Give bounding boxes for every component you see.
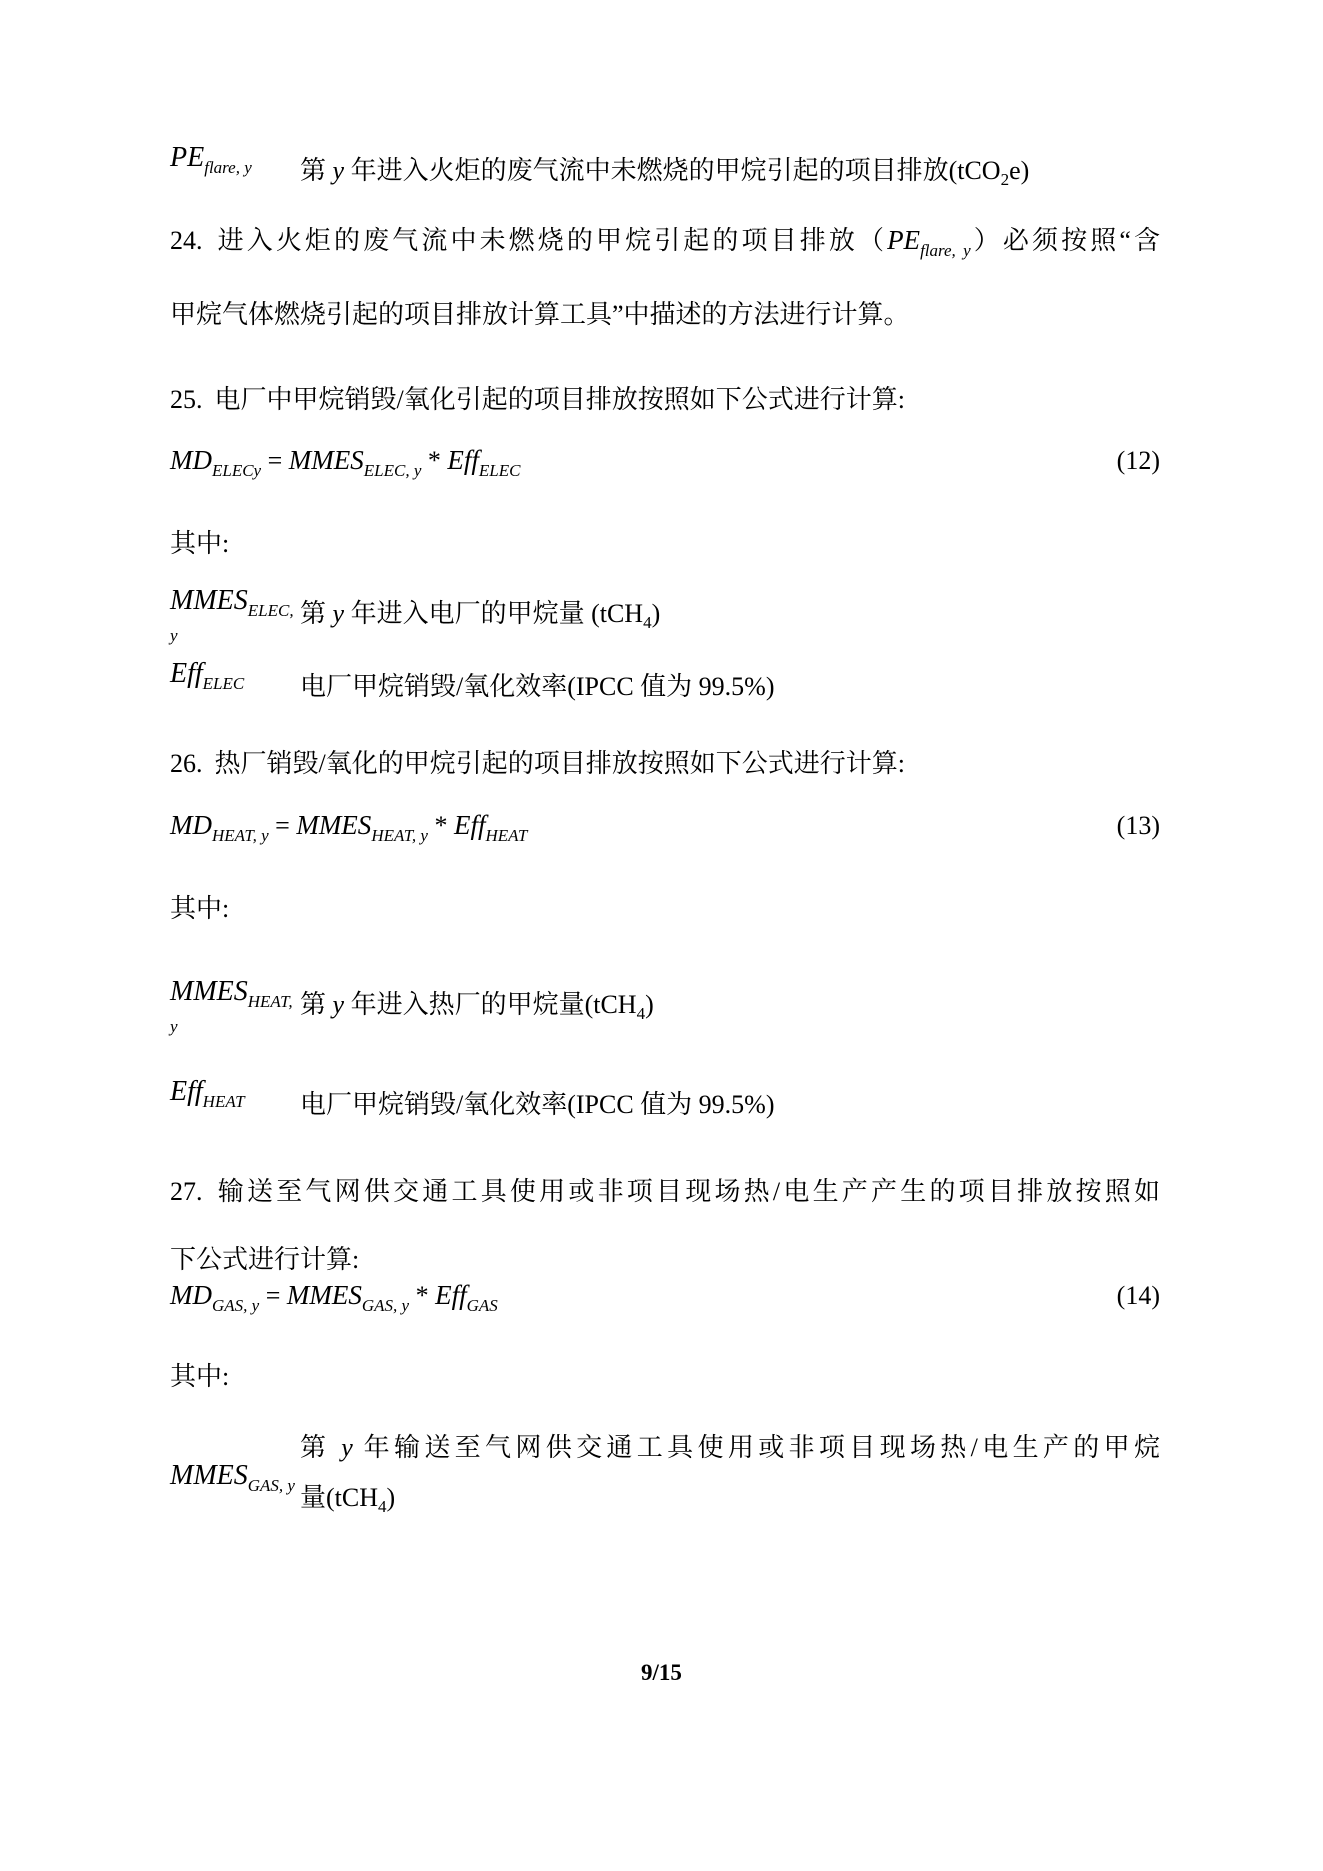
text-segment: MMES xyxy=(296,810,371,840)
text-segment: ELEC xyxy=(203,674,245,693)
definition-mmes-gas-line-1: 第 y 年输送至气网供交通工具使用或非项目现场热/电生产的甲烷 xyxy=(300,1425,1160,1475)
text-segment: 26. xyxy=(170,749,215,778)
definition-mmes-heat: 第 y 年进入热厂的甲烷量(tCH4) xyxy=(300,976,1160,1036)
text-segment: MMES xyxy=(170,1460,248,1491)
text-segment: 27. xyxy=(170,1177,215,1206)
text-segment: = xyxy=(261,446,289,475)
text-segment: 4 xyxy=(643,613,652,632)
text-segment: ) xyxy=(645,990,654,1019)
text-segment: * xyxy=(428,811,454,840)
text-segment: Eff xyxy=(454,810,486,840)
text-segment: 第 xyxy=(300,990,333,1019)
equation-12: MDELECy = MMESELEC, y * EffELEC (12) xyxy=(170,445,1160,481)
term-eff-elec: EffELEC xyxy=(170,658,300,694)
term-row-mmes-heat: MMESHEAT, y 第 y 年进入热厂的甲烷量(tCH4) xyxy=(170,976,1160,1037)
definition-pe-flare: 第 y 年进入火炬的废气流中未燃烧的甲烷引起的项目排放(tCO2e) xyxy=(300,142,1160,202)
text-segment: 输送至气网供交通工具使用或非项目现场热/电生产产生的项目排放按照如 xyxy=(215,1177,1161,1206)
term-row-eff-elec: EffELEC 电厂甲烷销毁/氧化效率(IPCC 值为 99.5%) xyxy=(170,658,1160,713)
text-segment: Eff xyxy=(170,658,203,689)
text-segment: ELEC xyxy=(479,461,521,480)
text-segment: 25. xyxy=(170,385,215,414)
where-label-3: 其中: xyxy=(170,1356,1160,1393)
text-segment: y xyxy=(333,156,345,185)
text-segment: MD xyxy=(170,1280,212,1310)
equation-13: MDHEAT, y = MMESHEAT, y * EffHEAT (13) xyxy=(170,810,1160,846)
equation-14-formula: MDGAS, y = MMESGAS, y * EffGAS xyxy=(170,1280,498,1316)
text-segment: 年进入热厂的甲烷量(tCH xyxy=(344,990,637,1019)
equation-12-formula: MDELECy = MMESELEC, y * EffELEC xyxy=(170,445,520,481)
definition-mmes-gas-line-2: 量(tCH4) xyxy=(300,1475,1160,1530)
text-segment: y xyxy=(341,1433,353,1462)
text-segment: HEAT, y xyxy=(371,826,428,845)
text-segment: y xyxy=(333,990,345,1019)
text-segment: PE xyxy=(887,225,920,255)
text-segment: 4 xyxy=(637,1004,646,1023)
definition-mmes-gas: 第 y 年输送至气网供交通工具使用或非项目现场热/电生产的甲烷 量(tCH4) xyxy=(300,1425,1160,1530)
text-segment: PE xyxy=(170,142,204,173)
term-mmes-elec: MMESELEC, y xyxy=(170,585,300,646)
equation-14: MDGAS, y = MMESGAS, y * EffGAS (14) xyxy=(170,1280,1160,1316)
equation-14-number: (14) xyxy=(1117,1281,1160,1311)
text-segment: GAS, y xyxy=(362,1296,409,1315)
item-24-line-2: 甲烷气体燃烧引起的项目排放计算工具”中描述的方法进行计算。 xyxy=(170,283,1160,351)
text-segment: GAS, y xyxy=(248,1476,295,1495)
text-segment: MD xyxy=(170,445,212,475)
text-segment: flare, y xyxy=(920,241,971,260)
text-segment: 第 xyxy=(300,599,333,628)
term-row-pe-flare: PEflare, y 第 y 年进入火炬的废气流中未燃烧的甲烷引起的项目排放(t… xyxy=(170,142,1160,202)
text-segment: MMES xyxy=(170,976,248,1007)
term-row-mmes-elec: MMESELEC, y 第 y 年进入电厂的甲烷量 (tCH4) xyxy=(170,585,1160,646)
equation-12-number: (12) xyxy=(1117,446,1160,476)
text-segment: Eff xyxy=(170,1076,203,1107)
text-segment: e) xyxy=(1009,156,1029,185)
text-segment: 电厂甲烷销毁/氧化效率(IPCC 值为 99.5%) xyxy=(300,672,775,701)
text-segment: * xyxy=(409,1281,435,1310)
text-segment: 甲烷气体燃烧引起的项目排放计算工具”中描述的方法进行计算。 xyxy=(170,300,910,329)
text-segment: 进入火炬的废气流中未燃烧的甲烷引起的项目排放（ xyxy=(215,226,888,255)
text-segment: HEAT xyxy=(485,826,527,845)
equation-13-formula: MDHEAT, y = MMESHEAT, y * EffHEAT xyxy=(170,810,527,846)
definition-eff-elec: 电厂甲烷销毁/氧化效率(IPCC 值为 99.5%) xyxy=(300,658,1160,713)
text-segment: 热厂销毁/氧化的甲烷引起的项目排放按照如下公式进行计算: xyxy=(215,749,905,778)
text-segment: 电厂中甲烷销毁/氧化引起的项目排放按照如下公式进行计算: xyxy=(215,385,905,414)
text-segment: ) xyxy=(387,1483,396,1512)
text-segment: 2 xyxy=(1001,170,1010,189)
text-segment: HEAT xyxy=(203,1092,245,1111)
text-segment: 量(tCH xyxy=(300,1483,378,1512)
text-segment: flare, y xyxy=(204,158,252,177)
term-eff-heat: EffHEAT xyxy=(170,1076,300,1112)
text-segment: = xyxy=(269,811,297,840)
text-segment: Eff xyxy=(447,445,479,475)
text-segment: 第 xyxy=(300,156,333,185)
term-mmes-heat: MMESHEAT, y xyxy=(170,976,300,1037)
term-mmes-gas: MMESGAS, y xyxy=(170,1460,300,1496)
document-page: PEflare, y 第 y 年进入火炬的废气流中未燃烧的甲烷引起的项目排放(t… xyxy=(0,0,1323,1871)
text-segment: GAS xyxy=(467,1296,498,1315)
text-segment: 年输送至气网供交通工具使用或非项目现场热/电生产的甲烷 xyxy=(353,1433,1160,1462)
text-segment: HEAT, y xyxy=(212,826,269,845)
text-segment: ) xyxy=(652,599,661,628)
definition-eff-heat: 电厂甲烷销毁/氧化效率(IPCC 值为 99.5%) xyxy=(300,1076,1160,1131)
term-pe-flare: PEflare, y xyxy=(170,142,300,178)
where-label-2: 其中: xyxy=(170,888,1160,925)
equation-13-number: (13) xyxy=(1117,811,1160,841)
paragraph-item-26: 26.热厂销毁/氧化的甲烷引起的项目排放按照如下公式进行计算: xyxy=(170,742,1160,790)
text-segment: GAS, y xyxy=(212,1296,259,1315)
text-segment: * xyxy=(421,446,447,475)
text-segment: MMES xyxy=(289,445,364,475)
text-segment: ELEC, y xyxy=(364,461,422,480)
text-segment: 年进入电厂的甲烷量 (tCH xyxy=(344,599,643,628)
paragraph-item-24: 24.进入火炬的废气流中未燃烧的甲烷引起的项目排放（PEflare, y）必须按… xyxy=(170,208,1160,351)
text-segment: = xyxy=(259,1281,287,1310)
where-label-1: 其中: xyxy=(170,523,1160,560)
text-segment: MMES xyxy=(287,1280,362,1310)
term-row-mmes-gas: MMESGAS, y 第 y 年输送至气网供交通工具使用或非项目现场热/电生产的… xyxy=(170,1425,1160,1530)
text-segment: MMES xyxy=(170,585,248,616)
text-segment: 24. xyxy=(170,226,215,255)
item-27-line-1: 27.输送至气网供交通工具使用或非项目现场热/电生产产生的项目排放按照如 xyxy=(170,1160,1160,1228)
term-row-eff-heat: EffHEAT 电厂甲烷销毁/氧化效率(IPCC 值为 99.5%) xyxy=(170,1076,1160,1131)
text-segment: 电厂甲烷销毁/氧化效率(IPCC 值为 99.5%) xyxy=(300,1090,775,1119)
page-number: 9/15 xyxy=(0,1660,1323,1686)
text-segment: ELECy xyxy=(212,461,261,480)
text-segment: 年进入火炬的废气流中未燃烧的甲烷引起的项目排放(tCO xyxy=(344,156,1001,185)
text-segment: 下公式进行计算: xyxy=(170,1245,359,1274)
paragraph-item-27: 27.输送至气网供交通工具使用或非项目现场热/电生产产生的项目排放按照如 下公式… xyxy=(170,1160,1160,1296)
text-segment: 4 xyxy=(378,1497,387,1516)
text-segment: 第 xyxy=(300,1433,341,1462)
text-segment: ）必须按照“含 xyxy=(971,226,1160,255)
text-segment: y xyxy=(333,599,345,628)
definition-mmes-elec: 第 y 年进入电厂的甲烷量 (tCH4) xyxy=(300,585,1160,645)
item-24-line-1: 24.进入火炬的废气流中未燃烧的甲烷引起的项目排放（PEflare, y）必须按… xyxy=(170,208,1160,283)
paragraph-item-25: 25.电厂中甲烷销毁/氧化引起的项目排放按照如下公式进行计算: xyxy=(170,378,1160,426)
text-segment: Eff xyxy=(435,1280,467,1310)
text-segment: MD xyxy=(170,810,212,840)
